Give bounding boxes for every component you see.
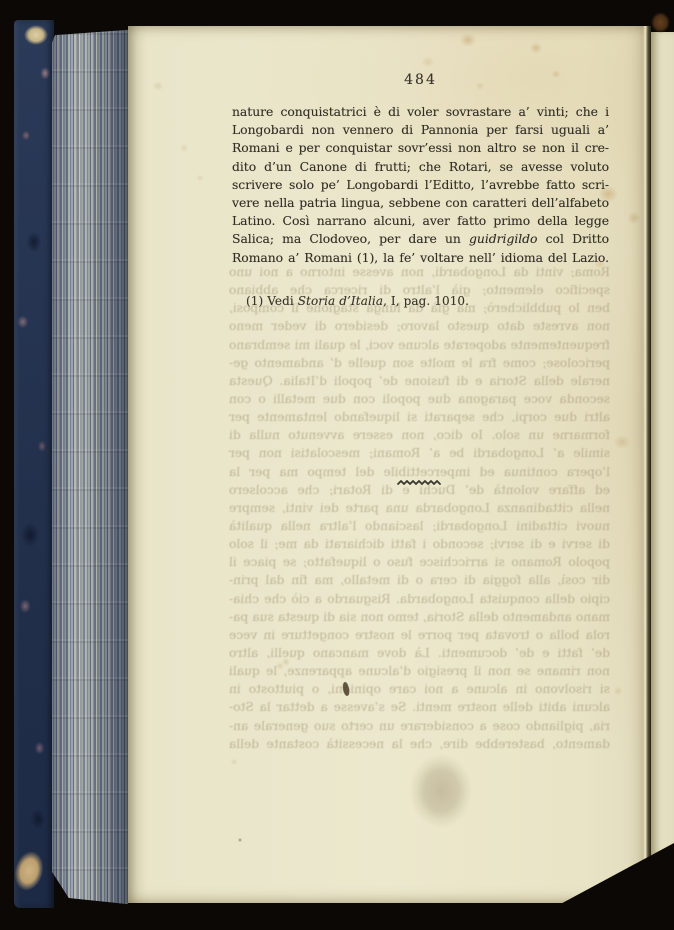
page-number: 484 [232, 72, 609, 88]
squiggle-ornament-icon [396, 474, 442, 486]
show-through-line: formarne un solo. Io dico, non essere av… [229, 426, 610, 444]
show-through-line: di servi e di servi; secondo i fatti dic… [229, 535, 610, 553]
text-line: vere nella patria lingua, sebbene con ca… [232, 194, 609, 212]
footnote: (1) Vedi Storia d’Italia, I, pag. 1010. [232, 294, 609, 308]
show-through-line: pericolose; come fra le molte son quelle… [229, 354, 610, 372]
show-through-line: non avreste dato questo lavoro; desidero… [229, 317, 610, 335]
text-line: scrivere solo pe’ Longobardi l’Editto, l… [232, 176, 609, 194]
text-line: Latino. Così narrano alcuni, aver fatto … [232, 212, 609, 230]
facing-page-edge [651, 32, 674, 877]
text-line: Longobardi non vennero di Pannonia per f… [232, 121, 609, 139]
show-through-line: ria, pigliando cose a considerare un cer… [229, 717, 610, 735]
show-through-line: altri due corpi, che separati si liquefa… [229, 408, 610, 426]
show-through-line: de’ fatti e de’ documenti. Là dove manca… [229, 644, 610, 662]
show-through-line: nella cittadinanza Longobarda una parte … [229, 499, 610, 517]
page-edges-stack [52, 29, 128, 905]
show-through-line: rola bolla o trovata per porre le nostre… [229, 626, 610, 644]
text-segment: col Dritto [537, 231, 609, 246]
show-through-line: si risolvono in alcune a noi care opinio… [229, 680, 610, 698]
gutter-crease [643, 26, 651, 903]
book-cover-edge [14, 20, 54, 908]
text-line: Romano a’ Romani (1), la fe’ voltare nel… [232, 249, 609, 267]
show-through-line: simile a’ Longobardi be a’ Romani; mesco… [229, 444, 610, 462]
binding-corner [651, 12, 670, 33]
show-through-line: seconda voce paragona due popoli con due… [229, 390, 610, 408]
show-through-line: damento, basterebbe dire, che la necessi… [229, 735, 610, 753]
show-through-line: popolo Romano si arricchisce fuso o liqu… [229, 553, 610, 571]
body-text: nature conquistatrici è di voler sovrast… [232, 103, 609, 267]
footnote-text: , I, pag. 1010. [383, 294, 469, 308]
italic-term: guidrigildo [469, 231, 537, 246]
text-line: Romani e per conquistar sovr’essi non al… [232, 139, 609, 157]
show-through-line: alcuni abiti delle nostre menti. Se s’av… [229, 698, 610, 716]
text-line: nature conquistatrici è di voler sovrast… [232, 103, 609, 121]
footnote-italic-title: Storia d’Italia [298, 294, 383, 308]
show-through-line: mano andamento della Storia, temo non si… [229, 608, 610, 626]
text-line: dito d’un Canone di frutti; che Rotari, … [232, 158, 609, 176]
water-stain [410, 754, 472, 828]
show-through-line: nuovi cittadini Longobardi; lasciando l’… [229, 517, 610, 535]
book-page: Roma; vinti da Longobardi, non avesse in… [128, 26, 646, 903]
show-through-line: non rimane se non il presigio d’alcune a… [229, 662, 610, 680]
text-segment: Salica; ma Clodoveo, per dare un [232, 231, 469, 246]
show-through-line: nerale della Storia e di fusione de’ pop… [229, 372, 610, 390]
footnote-marker-text: (1) Vedi [246, 294, 298, 308]
show-through-line: cipio della conquista Longobarda. Risgua… [229, 590, 610, 608]
book-scan: Roma; vinti da Longobardi, non avesse in… [0, 0, 674, 930]
show-through-text: Roma; vinti da Longobardi, non avesse in… [229, 263, 610, 753]
text-line: Salica; ma Clodoveo, per dare un guidrig… [232, 230, 609, 248]
show-through-line: frequentemente adoperate alcune voci, le… [229, 336, 610, 354]
show-through-line: dir così, alla foggia di cera o di metal… [229, 571, 610, 589]
